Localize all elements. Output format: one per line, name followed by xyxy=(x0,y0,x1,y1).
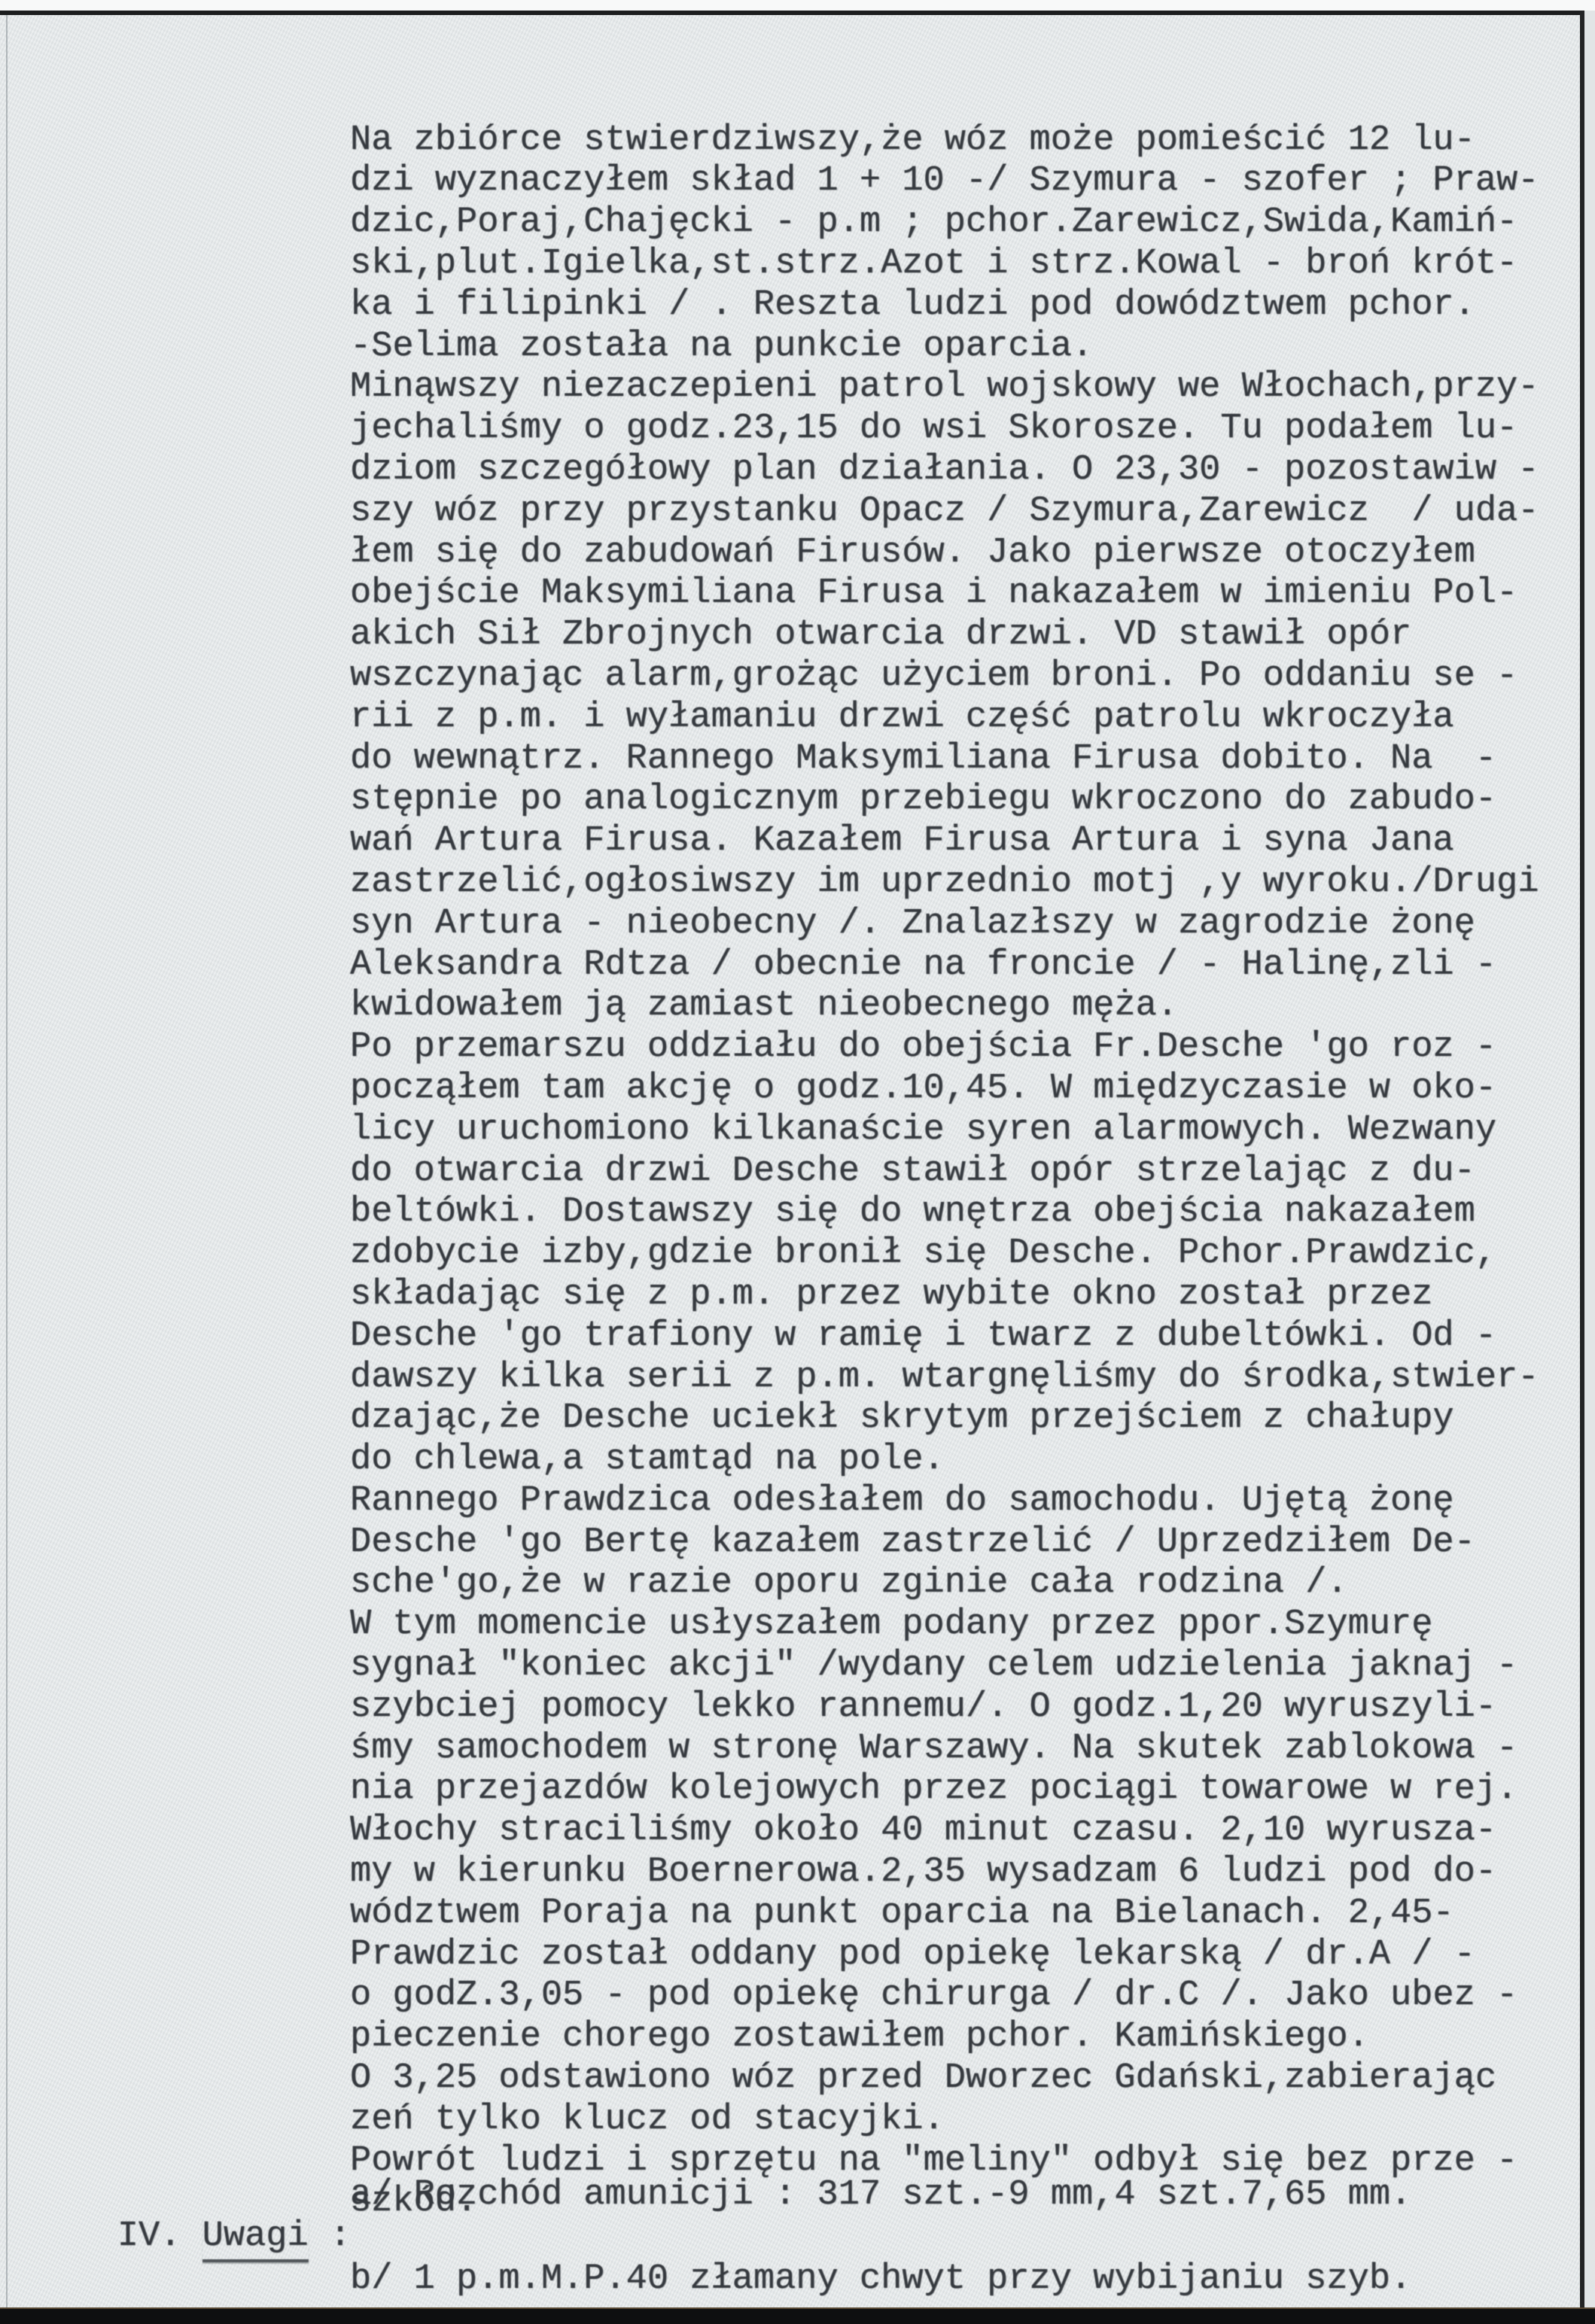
remark-item-b: b/ 1 p.m.M.P.40 złamany chwyt przy wybij… xyxy=(350,2259,1411,2301)
typed-line: począłem tam akcję o godz.10,45. W międz… xyxy=(350,1069,1569,1110)
scan-border-bottom xyxy=(0,2307,1595,2324)
typed-line: Rannego Prawdzica odesłałem do samochodu… xyxy=(350,1481,1569,1522)
typed-line: składając się z p.m. przez wybite okno z… xyxy=(350,1275,1569,1316)
remarks-heading: IV. Uwagi : xyxy=(32,2175,351,2298)
typed-line: wództwem Poraja na punkt oparcia na Biel… xyxy=(350,1894,1569,1935)
typed-line: obejście Maksymiliana Firusa i nakazałem… xyxy=(350,573,1569,615)
typed-line: Aleksandra Rdtza / obecnie na froncie / … xyxy=(350,945,1569,987)
typed-line: syn Artura - nieobecny /. Znalazłszy w z… xyxy=(350,904,1569,945)
typed-line: dzając,że Desche uciekł skrytym przejści… xyxy=(350,1398,1569,1440)
typed-line: Desche 'go trafiony w ramię i twarz z du… xyxy=(350,1316,1569,1358)
scanner-margin-top xyxy=(0,0,1595,11)
typed-line: W tym momencie usłyszałem podany przez p… xyxy=(350,1605,1569,1646)
typed-line: zdobycie izby,gdzie bronił się Desche. P… xyxy=(350,1233,1569,1275)
typed-line: Prawdzic został oddany pod opiekę lekars… xyxy=(350,1935,1569,1976)
typed-line: jechaliśmy o godz.23,15 do wsi Skorosze.… xyxy=(350,409,1569,450)
typed-line: dziom szczegółowy plan działania. O 23,3… xyxy=(350,450,1569,491)
typed-line: stępnie po analogicznym przebiegu wkrocz… xyxy=(350,780,1569,821)
scanner-margin-right xyxy=(1584,11,1595,2307)
typed-line: Na zbiórce stwierdziwszy,że wóz może pom… xyxy=(350,120,1569,162)
typed-line: do otwarcia drzwi Desche stawił opór str… xyxy=(350,1151,1569,1193)
typed-line: rii z p.m. i wyłamaniu drzwi część patro… xyxy=(350,698,1569,739)
typed-line: zastrzelić,ogłosiwszy im uprzednio motj … xyxy=(350,862,1569,904)
typed-line: beltówki. Dostawszy się do wnętrza obejś… xyxy=(350,1192,1569,1233)
remark-item-a: a/ Rozchód amunicji : 317 szt.-9 mm,4 sz… xyxy=(350,2175,1411,2216)
typed-line: pieczenie chorego zostawiłem pchor. Kami… xyxy=(350,2017,1569,2058)
typed-line: -Selima została na punkcie oparcia. xyxy=(350,327,1569,368)
typed-line: ski,plut.Igielka,st.strz.Azot i strz.Kow… xyxy=(350,244,1569,285)
remarks-title: Uwagi xyxy=(202,2216,309,2262)
typed-line: Włochy straciliśmy około 40 minut czasu.… xyxy=(350,1811,1569,1852)
remarks-numeral: IV. xyxy=(117,2216,202,2256)
typed-line: my w kierunku Boernerowa.2,35 wysadzam 6… xyxy=(350,1852,1569,1894)
typed-line: śmy samochodem w stronę Warszawy. Na sku… xyxy=(350,1729,1569,1770)
report-body: Na zbiórce stwierdziwszy,że wóz może pom… xyxy=(350,38,1569,2306)
scanned-page: Na zbiórce stwierdziwszy,że wóz może pom… xyxy=(0,0,1595,2324)
typed-line: Po przemarszu oddziału do obejścia Fr.De… xyxy=(350,1027,1569,1069)
typed-line: szy wóz przy przystanku Opacz / Szymura,… xyxy=(350,491,1569,533)
typed-line: o godZ.3,05 - pod opiekę chirurga / dr.C… xyxy=(350,1976,1569,2017)
typed-line: O 3,25 odstawiono wóz przed Dworzec Gdań… xyxy=(350,2058,1569,2100)
scan-border-top xyxy=(0,11,1595,15)
typed-line: wań Artura Firusa. Kazałem Firusa Artura… xyxy=(350,821,1569,862)
remarks-colon: : xyxy=(309,2216,351,2256)
typed-line: akich Sił Zbrojnych otwarcia drzwi. VD s… xyxy=(350,615,1569,656)
typed-line: do chlewa,a stamtąd na pole. xyxy=(350,1440,1569,1481)
typed-line: łem się do zabudowań Firusów. Jako pierw… xyxy=(350,533,1569,574)
typed-line: szybciej pomocy lekko rannemu/. O godz.1… xyxy=(350,1687,1569,1729)
scan-border-left xyxy=(6,15,8,2307)
typed-line: dzic,Poraj,Chajęcki - p.m ; pchor.Zarewi… xyxy=(350,202,1569,244)
typed-line: wszczynając alarm,grożąc użyciem broni. … xyxy=(350,656,1569,698)
typed-line: sygnał "koniec akcji" /wydany celem udzi… xyxy=(350,1646,1569,1687)
typed-line: Desche 'go Bertę kazałem zastrzelić / Up… xyxy=(350,1522,1569,1564)
typed-line: kwidowałem ją zamiast nieobecnego męża. xyxy=(350,986,1569,1027)
typed-line: licy uruchomiono kilkanaście syren alarm… xyxy=(350,1110,1569,1151)
typed-line: ka i filipinki / . Reszta ludzi pod dowó… xyxy=(350,285,1569,327)
typed-line: nia przejazdów kolejowych przez pociągi … xyxy=(350,1769,1569,1811)
typed-line: Minąwszy niezaczepieni patrol wojskowy w… xyxy=(350,367,1569,409)
typed-line: do wewnątrz. Rannego Maksymiliana Firusa… xyxy=(350,739,1569,780)
typed-line: zeń tylko klucz od stacyjki. xyxy=(350,2100,1569,2141)
typed-line: sche'go,że w razie oporu zginie cała rod… xyxy=(350,1563,1569,1605)
typed-line: dawszy kilka serii z p.m. wtargnęliśmy d… xyxy=(350,1358,1569,1399)
typed-line: dzi wyznaczyłem skład 1 + 10 -/ Szymura … xyxy=(350,161,1569,202)
